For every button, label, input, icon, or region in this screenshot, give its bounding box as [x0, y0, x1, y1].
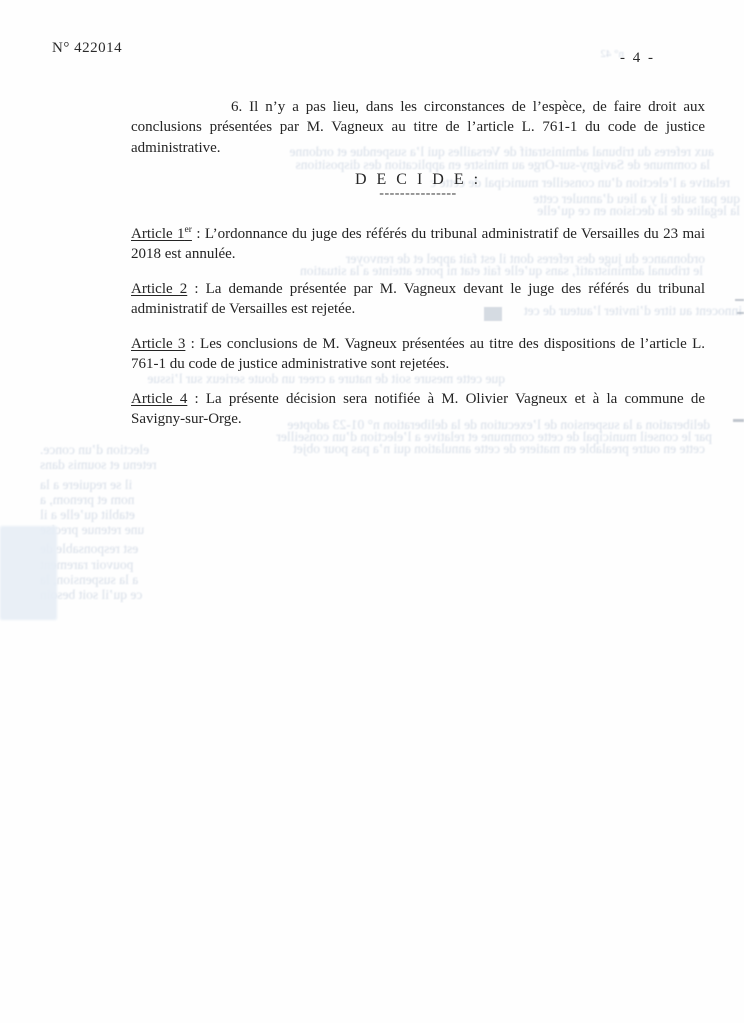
- bleed-through-line: il se requiere a la: [40, 478, 250, 492]
- bleed-through-line: etablit qu’elle a il: [40, 508, 250, 522]
- paragraph-6: 6. Il n’y a pas lieu, dans les circonsta…: [131, 97, 705, 158]
- scan-edge-mark: [733, 419, 744, 422]
- article-1-text: : L’ordonnance du juge des référés du tr…: [131, 226, 705, 262]
- scanned-decision-page: n° 42 aux referes du tribunal administra…: [0, 0, 744, 1023]
- article-4: Article 4 : La présente décision sera no…: [131, 389, 705, 430]
- decision-body: 6. Il n’y a pas lieu, dans les circonsta…: [131, 97, 705, 444]
- article-4-label: Article 4: [131, 391, 187, 407]
- bleed-through-line: retenu et soumis dans: [40, 458, 250, 472]
- bleed-through-line: ce qu’il soit besoin: [40, 588, 250, 602]
- bleed-through-line: nom et prenom, a: [40, 493, 250, 507]
- bleed-through-line: cette en outre prealable en matiere de c…: [140, 442, 705, 456]
- bleed-through-line: une retenue precise: [40, 523, 250, 537]
- article-1-label: Article 1er: [131, 226, 192, 242]
- article-3-text: : Les conclusions de M. Vagneux présenté…: [131, 336, 705, 372]
- scan-edge-mark: [737, 312, 744, 314]
- decide-heading-block: D E C I D E : ---------------: [131, 171, 705, 199]
- bleed-through-line: pouvoir rarement: [40, 558, 250, 572]
- bleed-through-line: election d’un conce.: [40, 443, 250, 457]
- bleed-through-line: a la suspension, la: [40, 573, 250, 587]
- article-1-superscript: er: [185, 225, 192, 235]
- decide-underline: ---------------: [131, 188, 705, 199]
- bleed-through-line: n° 42: [588, 47, 624, 61]
- article-3: Article 3 : Les conclusions de M. Vagneu…: [131, 334, 705, 375]
- case-number: N° 422014: [52, 40, 122, 57]
- article-1: Article 1er : L’ordonnance du juge des r…: [131, 224, 705, 265]
- article-3-label: Article 3: [131, 336, 185, 352]
- bleed-through-line: est responsable de: [40, 542, 250, 556]
- scan-edge-mark: [735, 299, 744, 301]
- page-number: - 4 -: [620, 50, 655, 67]
- article-2-label: Article 2: [131, 281, 187, 297]
- scan-blue-patch: [0, 526, 57, 620]
- article-2: Article 2 : La demande présentée par M. …: [131, 279, 705, 320]
- article-4-text: : La présente décision sera notifiée à M…: [131, 391, 705, 427]
- article-2-text: : La demande présentée par M. Vagneux de…: [131, 281, 705, 317]
